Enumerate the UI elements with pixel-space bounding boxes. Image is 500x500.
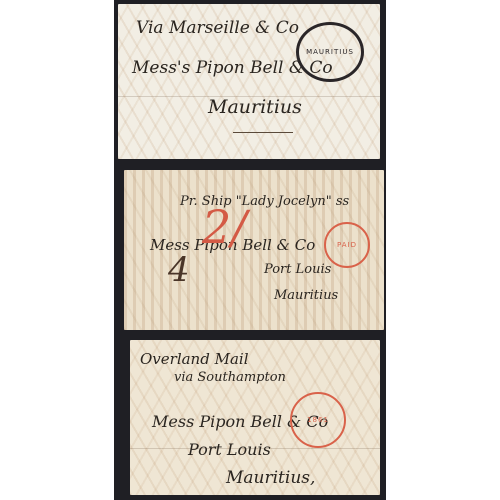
destination: Mauritius bbox=[274, 288, 338, 303]
destination: Mauritius bbox=[208, 96, 302, 118]
cover-2: Pr. Ship "Lady Jocelyn" ss Mess Pipon Be… bbox=[124, 170, 384, 330]
destination: Mauritius, bbox=[226, 468, 315, 488]
cover-1: Via Marseille & Co Mess's Pipon Bell & C… bbox=[118, 4, 380, 159]
rate-marking-red: 2/ bbox=[202, 200, 247, 254]
cover-3: Overland Mail via Southampton Mess Pipon… bbox=[130, 340, 380, 495]
endorsement: Overland Mail bbox=[140, 350, 249, 368]
postmark-red: 1861 bbox=[290, 392, 346, 448]
underline bbox=[233, 132, 293, 133]
rate-marking-manuscript: 4 bbox=[168, 250, 190, 290]
endorsement-route: via Southampton bbox=[174, 370, 286, 385]
postmark-red: PAID bbox=[324, 222, 370, 268]
postmark-black: MAURITIUS bbox=[296, 22, 364, 82]
endorsement: Via Marseille & Co bbox=[136, 18, 299, 38]
city: Port Louis bbox=[188, 440, 271, 459]
city: Port Louis bbox=[264, 262, 331, 277]
